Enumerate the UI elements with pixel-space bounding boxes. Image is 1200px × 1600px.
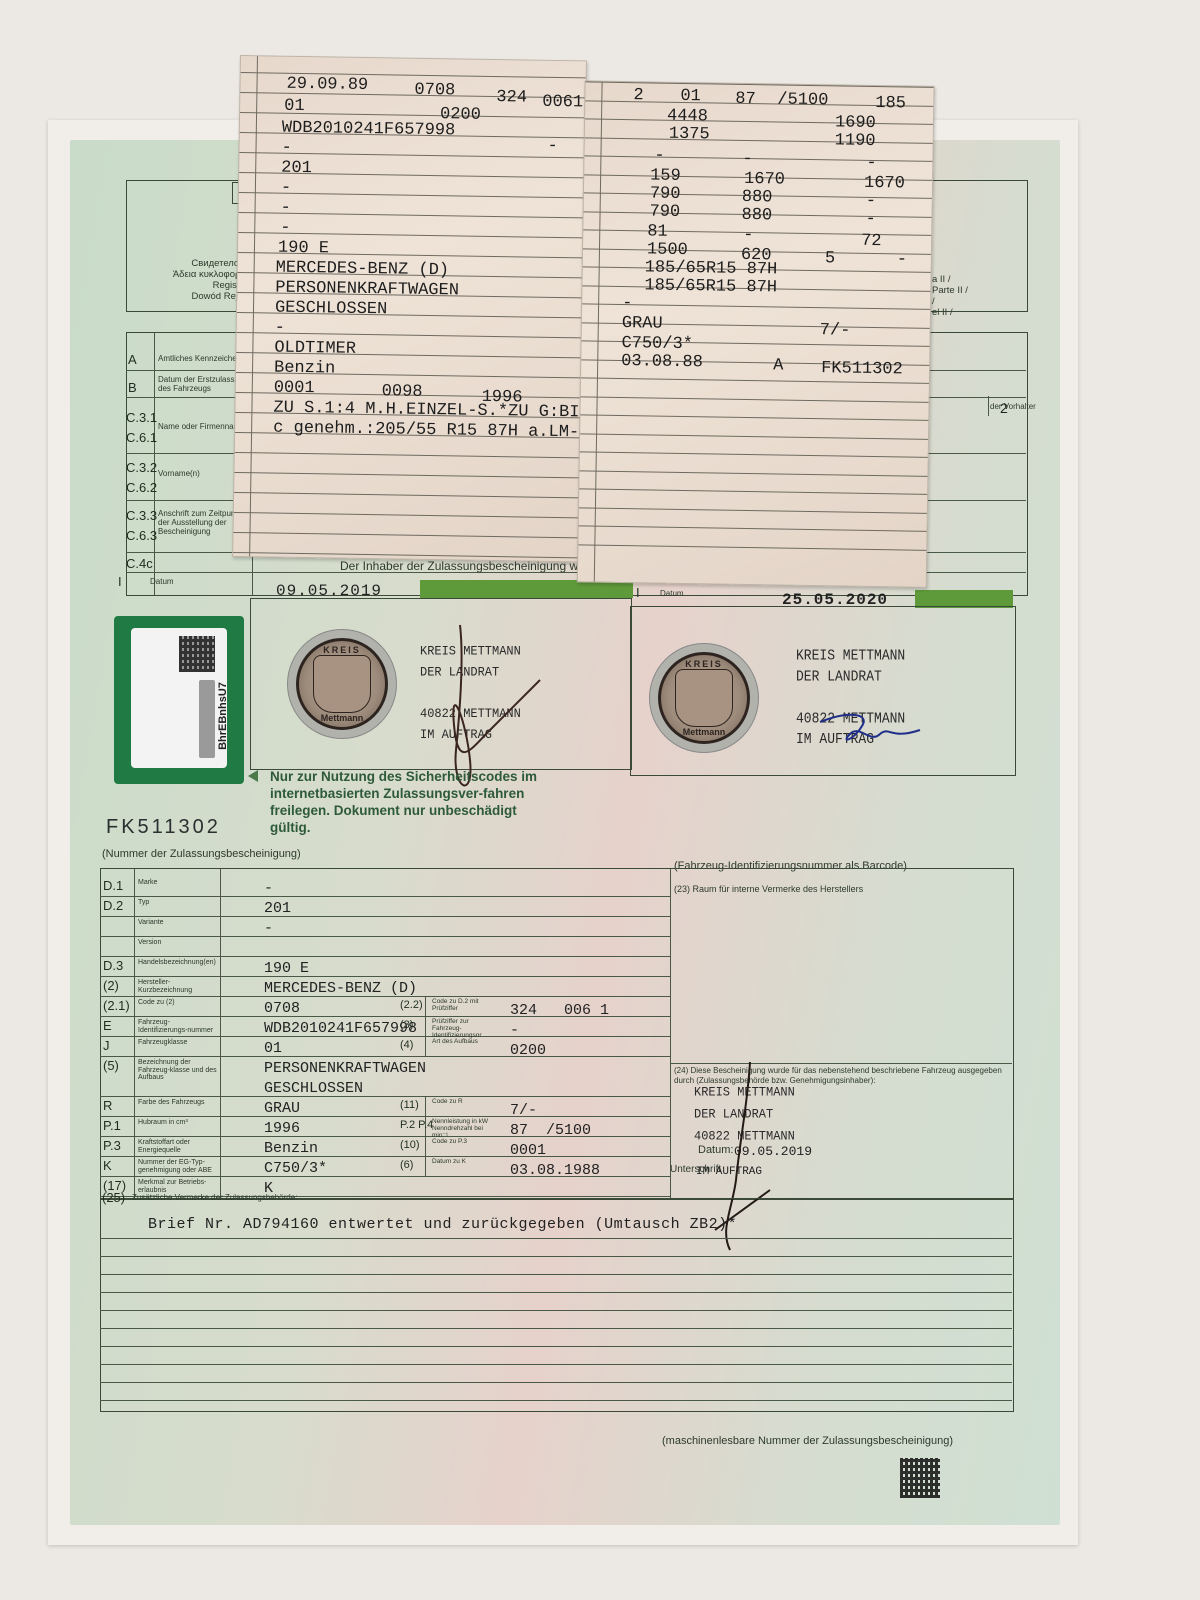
vehicle-field-label: Fahrzeug-Identifizierungs-nummer <box>138 1019 218 1034</box>
issue-left-code: I <box>118 574 122 589</box>
seal-bottom-text: Mettmann <box>661 727 747 737</box>
vehicle-field-value: 01 <box>264 1040 282 1057</box>
vehicle-subfield-label: Art des Aufbaus <box>432 1038 492 1045</box>
vehicle-subfield-code: (4) <box>400 1039 413 1051</box>
bk-tire-rear: 185/65R15 87H <box>644 276 777 297</box>
vehicle-field-label: Typ <box>138 899 218 907</box>
field-C33-code: C.3.3 C.6.3 <box>126 506 152 546</box>
vehicle-field-value: MERCEDES-BENZ (D) <box>264 980 417 997</box>
lang-lv: Registrā <box>130 280 248 291</box>
certificate-number: FK511302 <box>106 816 221 839</box>
lang-bg: Свидетелств <box>130 258 248 269</box>
bk-q: - <box>866 154 877 173</box>
lang-pl: Dowód Rejes <box>130 291 248 302</box>
vorhalter-count: 2 <box>1000 400 1008 416</box>
bk-width: 1690 <box>835 113 876 133</box>
header-languages: Свидетелств Άδεια κυκλοφορία Registrā Do… <box>130 258 248 302</box>
vehicle-field-value: 0708 <box>264 1000 300 1017</box>
bk-version: - <box>280 199 291 218</box>
vehicle-field-value: WDB2010241F657998 <box>264 1020 417 1037</box>
bk-cert-number: FK511302 <box>821 359 903 379</box>
security-code-strip <box>199 680 215 758</box>
vehicle-field-value: 1996 <box>264 1120 300 1137</box>
vehicle-subfield-code: (3) <box>400 1019 413 1031</box>
bk-type-approval: C750/3* <box>621 334 693 354</box>
official-seal-left: KREIS Mettmann <box>296 638 388 730</box>
vehicle-field-code: P.3 <box>103 1138 121 1153</box>
signature-right <box>810 700 930 750</box>
vehicle-field-label: Hubraum in cm³ <box>138 1119 218 1127</box>
vehicle-field-label: Bezeichnung der Fahrzeug-klasse und des … <box>138 1059 218 1082</box>
vehicle-subfield-label: Code zu D.2 mit Prüfziffer <box>432 998 492 1012</box>
bk-version2: - <box>280 219 291 238</box>
bk-noise-stat: 81 <box>647 222 668 241</box>
vehicle-field-code: P.1 <box>103 1118 121 1133</box>
vehicle-field-value: - <box>264 880 273 897</box>
bk-noise-rpm: - <box>743 226 754 245</box>
vehicle-subfield-value: 0200 <box>510 1042 546 1059</box>
bk-approval-date: 03.08.88 <box>621 352 703 372</box>
vehicle-field-code: E <box>103 1018 112 1033</box>
vehicle-field-label: Variante <box>138 919 218 927</box>
field-25-text: Brief Nr. AD794160 entwertet und zurückg… <box>148 1216 737 1233</box>
vehicle-field-value: 190 E <box>264 960 309 977</box>
vehicle-subfield-value: - <box>510 1022 519 1039</box>
booklet-right-page: 2 01 87 /5100 185 4448 1690 1375 1190 - … <box>577 80 935 587</box>
security-notice: Nur zur Nutzung des Sicherheitscodes im … <box>270 768 560 836</box>
field-B-code: B <box>128 380 137 395</box>
bk-drive-axles: 01 <box>680 87 701 106</box>
bk-axle3-perm: - <box>865 210 876 229</box>
vehicle-booklet: 29.09.89 0708 324 0061 01 0200 WDB201024… <box>232 55 940 581</box>
issue-left-label: Datum <box>150 578 174 587</box>
lang-right-1: a II / <box>932 274 968 285</box>
seal-bottom-text: Mettmann <box>299 713 385 723</box>
bk-emission-code: 0098 <box>382 382 423 402</box>
bk-f17: A <box>773 356 784 375</box>
arrow-left-icon <box>248 770 258 782</box>
field-A-label: Amtliches Kennzeiche <box>158 355 242 364</box>
vehicle-data-table <box>100 868 1014 1200</box>
bk-max-speed: 185 <box>875 94 906 113</box>
bk-first-date: 29.09.89 <box>286 75 368 95</box>
bk-f153: - <box>622 294 633 313</box>
vehicle-subfield-code: (11) <box>400 1099 419 1111</box>
stamp-line: KREIS METTMANN <box>796 645 905 666</box>
header-languages-right: a II / Parte II / / el II / <box>932 274 968 318</box>
bk-length: 4448 <box>667 107 708 127</box>
vehicle-field-code: K <box>103 1158 112 1173</box>
bk-f12: - <box>654 147 665 166</box>
vehicle-field-value: C750/3* <box>264 1160 327 1177</box>
field-B-label: Datum der Erstzulassu des Fahrzeugs <box>158 376 242 394</box>
bk-noise-drive: 72 <box>861 232 882 251</box>
bk-trade-name: 190 E <box>278 239 329 259</box>
bk-standing: - <box>897 250 908 269</box>
bk-vin-check: - <box>547 137 558 156</box>
vehicle-field-label: Nummer der EG-Typ-genehmigung oder ABE <box>138 1159 218 1174</box>
bk-v9: - <box>275 319 286 338</box>
field-25-label: Zusätzliche Vermerke der Zulassungsbehör… <box>132 1194 297 1203</box>
vehicle-subfield-label: Datum zu K <box>432 1158 492 1165</box>
vehicle-subfield-value: 87 /5100 <box>510 1122 591 1139</box>
bk-code-21: 0708 <box>414 81 455 101</box>
bk-height: 1375 <box>669 125 710 145</box>
vehicle-field-label: Kraftstoffart oder Energiequelle <box>138 1139 218 1154</box>
bk-seats: 5 <box>825 249 836 268</box>
bk-vin: WDB2010241F657998 <box>282 119 456 141</box>
field-A-code: A <box>128 352 137 367</box>
issue-right-label: Datum <box>660 590 684 599</box>
seal-top-text: KREIS <box>661 659 747 669</box>
bk-axle1-perm: 790 <box>649 202 680 221</box>
bk-rpm: /5100 <box>777 90 828 110</box>
bk-f13: - <box>742 150 753 169</box>
field-C4c-code: C.4c <box>126 556 153 571</box>
vehicle-field-value: - <box>264 920 273 937</box>
field-23-label: (23) Raum für interne Vermerke des Herst… <box>674 884 863 894</box>
bk-color-code: 7/- <box>820 321 851 340</box>
vehicle-field-code: D.2 <box>103 898 123 913</box>
vehicle-field-label: Marke <box>138 879 218 887</box>
bk-tow-braked: 1500 <box>647 240 688 260</box>
vehicle-field-code: (5) <box>103 1058 119 1073</box>
bk-variant: - <box>281 179 292 198</box>
lang-right-3: / <box>932 296 968 307</box>
scratch-area[interactable]: BhrEBnhsU7 <box>131 628 227 768</box>
vehicle-subfield-value: 7/- <box>510 1102 537 1119</box>
vehicle-field-label: Handelsbezeichnung(en) <box>138 959 218 967</box>
bk-make: - <box>281 139 292 158</box>
vehicle-field-value: 201 <box>264 900 291 917</box>
vehicle-subfield-value: 03.08.1988 <box>510 1162 600 1179</box>
bk-power: 87 <box>735 90 756 109</box>
field-C32-code: C.3.2 C.6.2 <box>126 458 152 498</box>
vehicle-subfield-label: Prüfziffer zur Fahrzeug-Identifizierungs… <box>432 1018 492 1039</box>
machine-readable-label: (maschinenlesbare Nummer der Zulassungsb… <box>662 1435 953 1447</box>
bk-axles: 2 <box>633 86 644 105</box>
lang-right-4: el II / <box>932 307 968 318</box>
bk-manufacturer: MERCEDES-BENZ (D) <box>276 259 450 281</box>
vehicle-field-label: Hersteller-Kurzbezeichnung <box>138 979 218 994</box>
bk-fuel-code: 0001 <box>274 379 315 399</box>
field-C31-code: C.3.1 C.6.1 <box>126 408 152 448</box>
datamatrix-code-icon <box>900 1458 940 1498</box>
vehicle-field-code: R <box>103 1098 112 1113</box>
bk-vehicle-class: PERSONENKRAFTWAGEN <box>275 279 459 301</box>
vehicle-field-label: Farbe des Fahrzeugs <box>138 1099 218 1107</box>
field-25-code: (25) <box>102 1190 125 1205</box>
vehicle-field-value2: GESCHLOSSEN <box>264 1080 363 1097</box>
bk-co2: 159 <box>650 166 681 185</box>
vehicle-subfield-code: (6) <box>400 1159 413 1171</box>
vehicle-subfield-code: (2.2) <box>400 999 423 1011</box>
bk-perm-mass: 1670 <box>864 174 905 194</box>
vehicle-subfield-code: (10) <box>400 1139 420 1151</box>
vehicle-field-code: (2) <box>103 978 119 993</box>
security-code-panel: BhrEBnhsU7 <box>114 616 244 784</box>
qr-code-icon <box>179 636 215 672</box>
seal-top-text: KREIS <box>299 645 385 655</box>
bk-class: 01 <box>284 97 305 116</box>
field-C32-label: Vorname(n) <box>158 470 242 479</box>
vehicle-field-code: D.1 <box>103 878 123 893</box>
vehicle-subfield-label: Code zu R <box>432 1098 492 1105</box>
vehicle-subfield-code: P.2 P.4 <box>400 1119 433 1131</box>
field-C31-label: Name oder Firmennan <box>158 423 242 432</box>
vorhalter-label: der Vorhalter <box>990 402 1036 411</box>
bk-code-22b: 0061 <box>542 93 583 113</box>
vehicle-field-value: PERSONENKRAFTWAGEN <box>264 1060 426 1077</box>
bk-fuel: Benzin <box>274 359 336 379</box>
vehicle-field-value: Benzin <box>264 1140 318 1157</box>
bk-axle1-load: 790 <box>650 184 681 203</box>
vehicle-field-label: Code zu (2) <box>138 999 218 1007</box>
bk-color: GRAU <box>622 314 663 334</box>
bk-max-mass: 1670 <box>744 170 785 190</box>
bk-body-type: GESCHLOSSEN <box>275 299 388 320</box>
vehicle-field-value: GRAU <box>264 1100 300 1117</box>
bk-type: 201 <box>281 159 312 178</box>
coat-of-arms-icon <box>313 655 371 713</box>
stamp-line: DER LANDRAT <box>796 666 905 687</box>
coat-of-arms-icon <box>675 669 733 727</box>
vehicle-field-code: (2.1) <box>103 998 130 1013</box>
bk-axle2-perm: 880 <box>741 206 772 225</box>
booklet-left-page: 29.09.89 0708 324 0061 01 0200 WDB201024… <box>232 55 587 562</box>
security-code-value: BhrEBnhsU7 <box>217 682 229 750</box>
vehicle-field-label: Fahrzeugklasse <box>138 1039 218 1047</box>
bk-axle2-load: 880 <box>742 188 773 207</box>
vehicle-subfield-value: 324 006 1 <box>510 1002 609 1019</box>
vehicle-field-code: D.3 <box>103 958 123 973</box>
bk-axle3-load: - <box>866 192 877 211</box>
lang-el: Άδεια κυκλοφορία <box>130 269 248 280</box>
vehicle-subfield-label: Code zu P.3 <box>432 1138 492 1145</box>
lang-right-2: Parte II / <box>932 285 968 296</box>
vehicle-field-code: J <box>103 1038 110 1053</box>
issue-right-code: I <box>636 585 640 600</box>
bk-code-22: 324 <box>496 88 527 107</box>
vehicle-subfield-value: 0001 <box>510 1142 546 1159</box>
bk-mass: 1190 <box>835 131 876 151</box>
bk-field14: OLDTIMER <box>274 339 356 359</box>
vehicle-field-label: Version <box>138 939 218 947</box>
vehicle-subfield-label: Nennleistung in kW Nenndrehzahl bei min⁻… <box>432 1118 492 1139</box>
official-seal-right: KREIS Mettmann <box>658 652 750 744</box>
certificate-number-label: (Nummer der Zulassungsbescheinigung) <box>102 848 301 860</box>
